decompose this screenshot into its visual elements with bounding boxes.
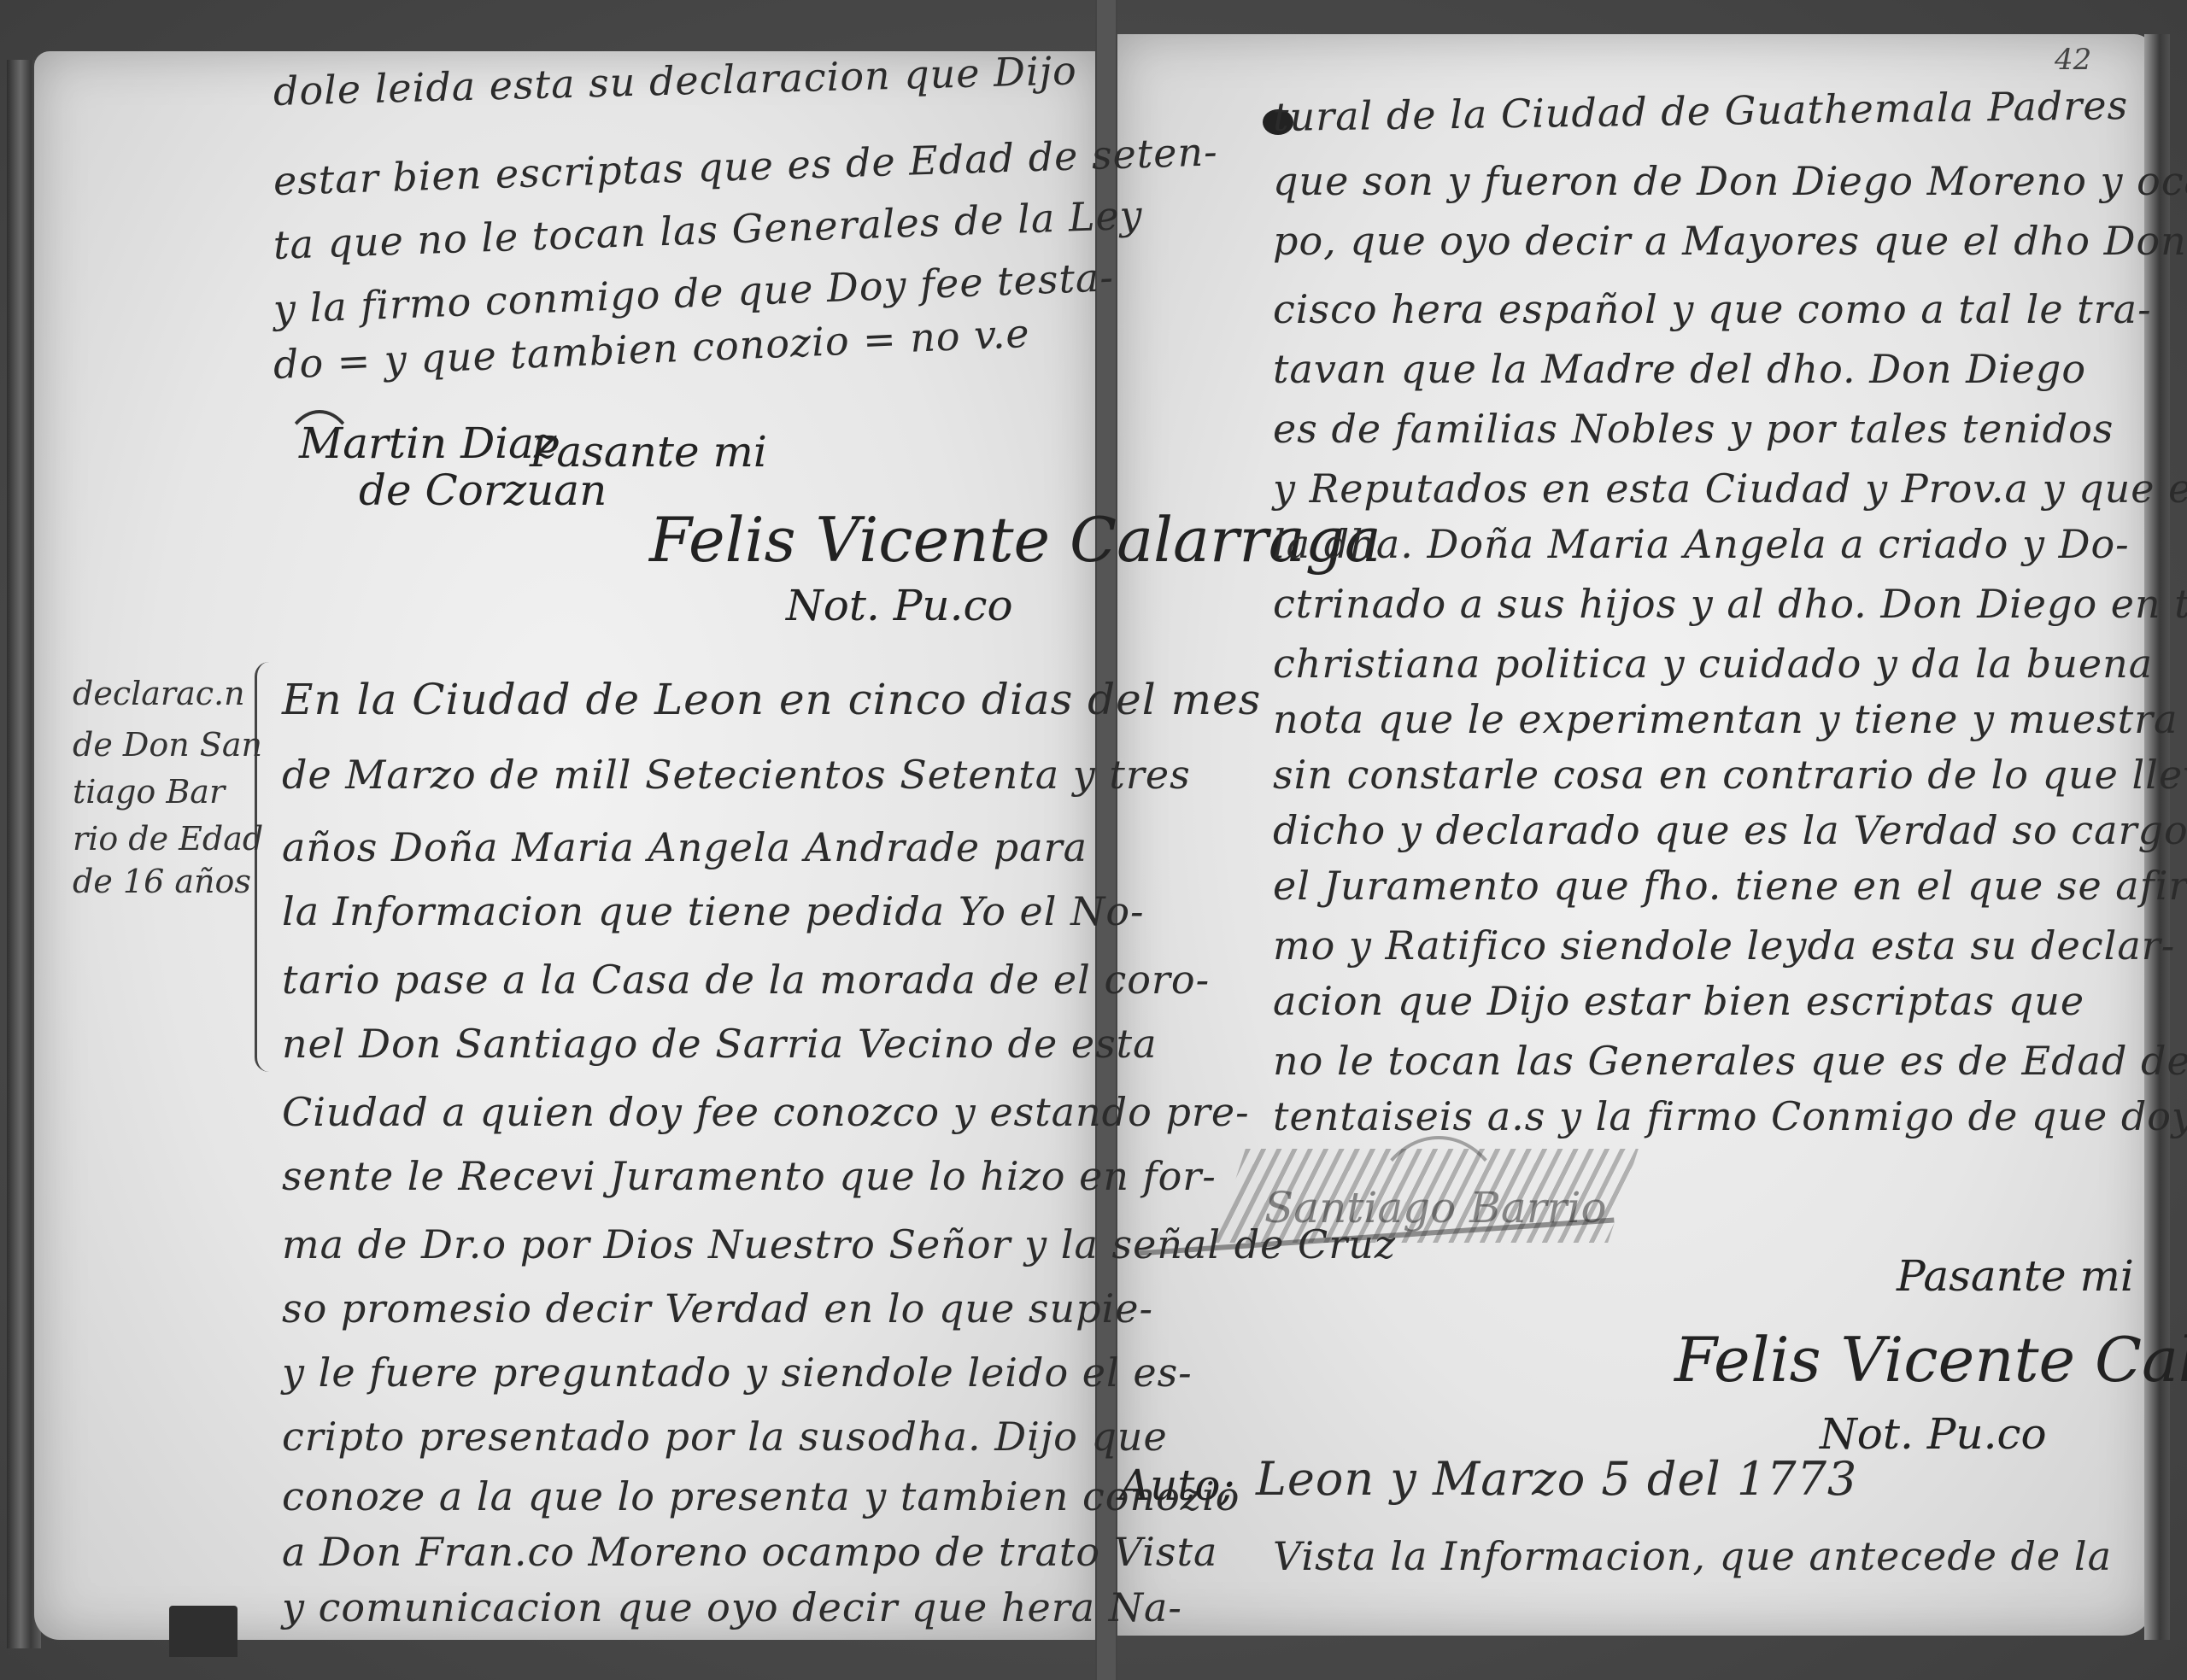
right-body-line-6: es de familias Nobles y por tales tenido… [1273,406,2114,452]
right-body-line-13: dicho y declarado que es la Verdad so ca… [1273,807,2187,853]
right-body-line-2: que son y fueron de Don Diego Moreno y o… [1273,158,2187,204]
right-body-line-12: sin constarle cosa en contrario de lo qu… [1273,752,2187,798]
right-body-line-16: acion que Dijo estar bien escriptas que [1273,978,2084,1024]
left-body-line-8: sente le Recevi Juramento que lo hizo en… [282,1153,1217,1199]
auto-line-2: Vista la Informacion, que antecede de la [1273,1533,2112,1579]
left-body-line-1: En la Ciudad de Leon en cinco dias del m… [282,675,1261,724]
right-pasante-mi: Pasante mi [1897,1251,2134,1301]
auto-place-date: Leon y Marzo 5 del 1773 [1256,1452,1857,1506]
margin-note-line-2: de Don San [73,726,262,764]
right-body-line-15: mo y Ratifico siendole leyda esta su dec… [1273,922,2175,969]
right-body-line-9: ctrinado a sus hijos y al dho. Don Diego… [1273,581,2187,627]
auto-label: Auto; [1119,1460,1234,1510]
margin-bracket [255,662,269,1072]
left-body-line-4: la Informacion que tiene pedida Yo el No… [282,888,1145,934]
right-body-line-11: nota que le experimentan y tiene y muest… [1273,696,2187,742]
left-body-line-3: años Doña Maria Angela Andrade para [282,824,1088,870]
left-body-line-14: a Don Fran.co Moreno ocampo de trato Vis… [282,1529,1217,1575]
folio-number: 42 [2055,43,2091,77]
margin-note-line-1: declarac.n [73,675,245,712]
right-body-line-7: y Reputados en esta Ciudad y Prov.a y qu… [1273,465,2187,512]
left-body-line-13: conoze a la que lo presenta y tambien co… [282,1473,1240,1519]
left-body-line-6: nel Don Santiago de Sarria Vecino de est… [282,1021,1158,1067]
signature-flourish-icon [282,410,357,511]
right-body-line-5: tavan que la Madre del dho. Don Diego [1273,346,2086,392]
right-body-line-18: tentaiseis a.s y la firmo Conmigo de que… [1273,1093,2187,1139]
left-pasante-mi: Pasante mi [530,427,767,477]
right-body-line-4: cisco hera español y que como a tal le t… [1273,286,2152,332]
left-body-line-15: y comunicacion que oyo decir que hera Na… [282,1584,1182,1630]
left-body-line-7: Ciudad a quien doy fee conozco y estando… [282,1089,1250,1135]
right-notary-name: Felis Vicente Calarraga [1674,1324,2187,1396]
margin-note-line-5: de 16 años [73,863,251,900]
left-notary-title: Not. Pu.co [786,581,1013,630]
margin-note-line-3: tiago Bar [73,773,225,811]
left-notary-name: Felis Vicente Calarraga [649,504,1381,576]
left-body-line-11: y le fuere preguntado y siendole leido e… [282,1349,1193,1396]
rubric-flourish-icon [1367,1136,1510,1314]
left-body-line-12: cripto presentado por la susodha. Dijo q… [282,1414,1168,1460]
left-body-line-5: tario pase a la Casa de la morada de el … [282,957,1210,1003]
right-body-line-8: la dha. Doña Maria Angela a criado y Do- [1273,521,2130,567]
right-body-line-3: po, que oyo decir a Mayores que el dho D… [1273,218,2187,264]
binding-tab [169,1606,237,1657]
right-body-line-10: christiana politica y cuidado y da la bu… [1273,641,2153,687]
right-body-line-17: no le tocan las Generales que es de Edad… [1273,1038,2187,1084]
left-body-line-2: de Marzo de mill Setecientos Setenta y t… [282,752,1191,798]
left-body-line-10: so promesio decir Verdad en lo que supie… [282,1285,1153,1332]
right-body-line-14: el Juramento que fho. tiene en el que se… [1273,863,2187,909]
margin-note-line-4: rio de Edad [73,820,263,858]
